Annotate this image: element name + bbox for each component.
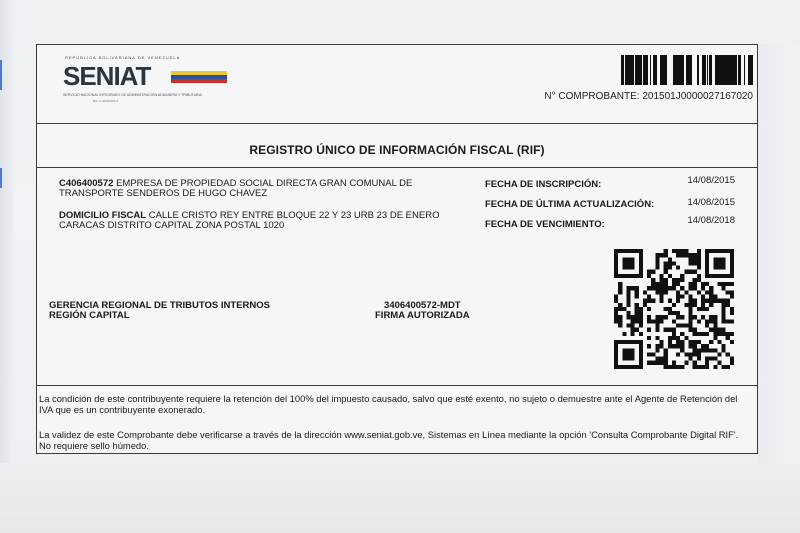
document-header: REPÚBLICA BOLIVARIANA DE VENEZUELA SENIA… — [37, 45, 757, 124]
comprobante-value: 201501J0000027167020 — [642, 91, 753, 102]
document-body: C406400572 EMPRESA DE PROPIEDAD SOCIAL D… — [37, 167, 757, 385]
date-label: FECHA DE INSCRIPCIÓN: — [485, 179, 601, 190]
document-title: REGISTRO ÚNICO DE INFORMACIÓN FISCAL (RI… — [249, 143, 544, 157]
paper-background — [0, 463, 800, 533]
gerencia-regional: GERENCIA REGIONAL DE TRIBUTOS INTERNOS R… — [49, 301, 270, 321]
paper-edge-left — [0, 0, 14, 533]
date-actualizacion: FECHA DE ÚLTIMA ACTUALIZACIÓN: 14/08/201… — [485, 195, 735, 215]
logo-brand: SENIAT — [63, 61, 150, 92]
gerencia-line2: REGIÓN CAPITAL — [49, 311, 270, 321]
retention-note: La condición de este contribuyente requi… — [39, 394, 751, 415]
title-band: REGISTRO ÚNICO DE INFORMACIÓN FISCAL (RI… — [37, 123, 757, 168]
date-inscripcion: FECHA DE INSCRIPCIÓN: 14/08/2015 — [485, 175, 735, 195]
comprobante-number: N° COMPROBANTE: 201501J0000027167020 — [544, 91, 753, 102]
domicilio-fiscal: DOMICILIO FISCAL CALLE CRISTO REY ENTRE … — [59, 211, 479, 231]
logo-subline: SERVICIO NACIONAL INTEGRADO DE ADMINISTR… — [63, 93, 202, 97]
seniat-logo: REPÚBLICA BOLIVARIANA DE VENEZUELA SENIA… — [63, 55, 263, 115]
taxpayer-info: C406400572 EMPRESA DE PROPIEDAD SOCIAL D… — [59, 179, 479, 199]
date-label: FECHA DE VENCIMIENTO: — [485, 219, 605, 230]
firma-autorizada: 3406400572-MDT FIRMA AUTORIZADA — [375, 301, 470, 321]
barcode-icon — [621, 55, 753, 85]
flag-icon — [171, 71, 227, 83]
date-label: FECHA DE ÚLTIMA ACTUALIZACIÓN: — [485, 199, 654, 210]
paper-edge-mark — [0, 60, 2, 90]
date-value: 14/08/2018 — [687, 215, 735, 226]
paper-background-right — [758, 44, 800, 464]
dates-panel: FECHA DE INSCRIPCIÓN: 14/08/2015 FECHA D… — [485, 175, 735, 235]
qr-code-icon — [613, 249, 735, 369]
paper-edge-mark — [0, 168, 2, 188]
logo-rif: RIF G-20000303-0 — [93, 99, 118, 103]
logo-republic-line: REPÚBLICA BOLIVARIANA DE VENEZUELA — [65, 55, 180, 60]
comprobante-label: N° COMPROBANTE: — [544, 91, 639, 102]
date-vencimiento: FECHA DE VENCIMIENTO: 14/08/2018 — [485, 215, 735, 235]
document-footer: La condición de este contribuyente requi… — [37, 385, 757, 453]
date-value: 14/08/2015 — [687, 197, 735, 208]
rif-certificate: REPÚBLICA BOLIVARIANA DE VENEZUELA SENIA… — [36, 44, 758, 454]
firma-label: FIRMA AUTORIZADA — [375, 311, 470, 321]
validity-note: La validez de este Comprobante debe veri… — [39, 430, 751, 451]
date-value: 14/08/2015 — [687, 175, 735, 186]
